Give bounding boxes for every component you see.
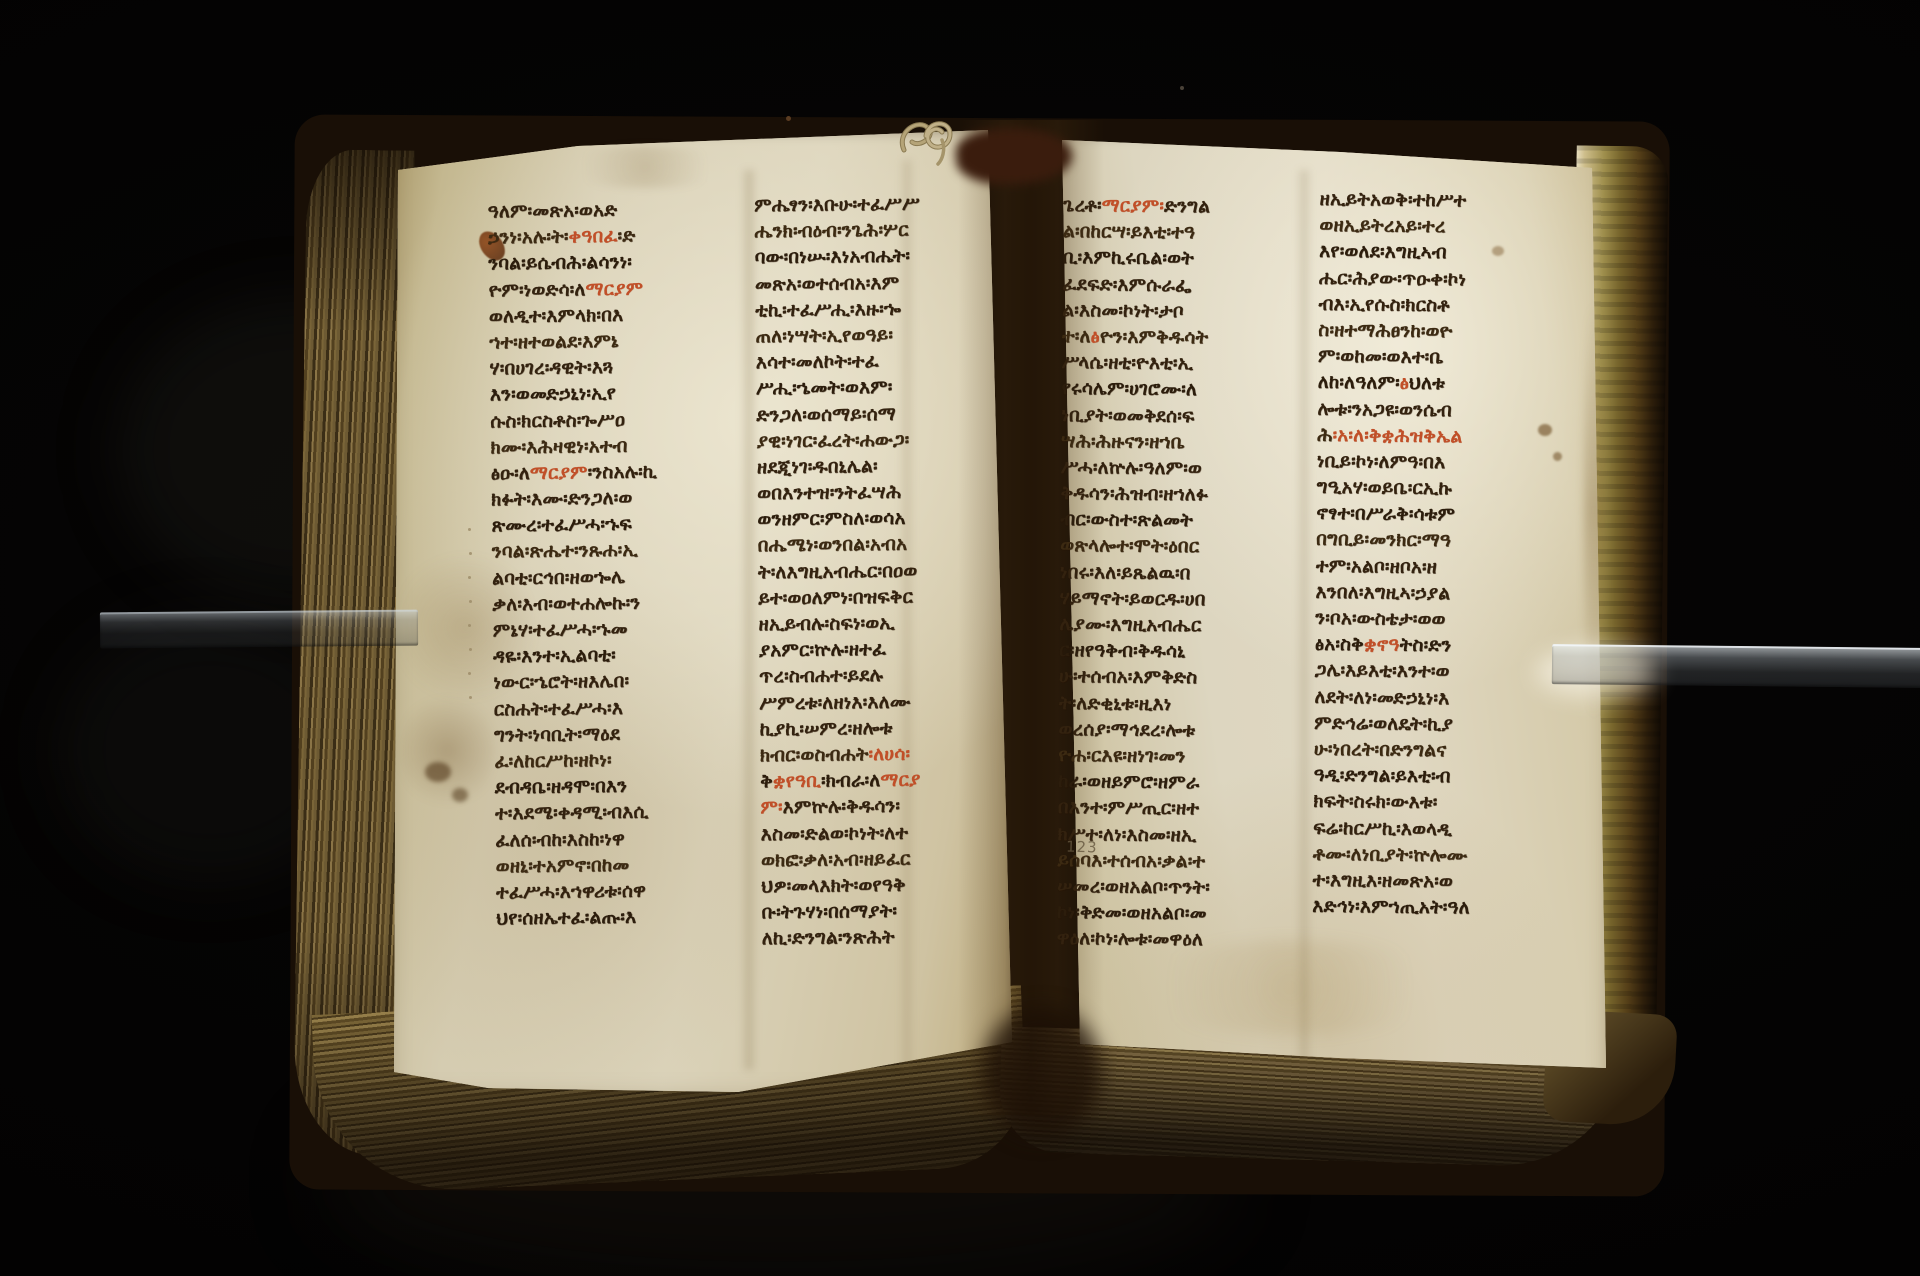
gutter-tailband-shadow [982, 1008, 1102, 1138]
ink-text: እስመ፡ድልወ፡ኮነት፡ለተ [761, 822, 909, 845]
photograph-background: ዓለም፡መጽአ፡ወአድኃንነ፡አሉ፡ት፡ቀዓበፈ፡ድንባል፡ይሴብሕ፡ልሳንነ፡… [0, 0, 1920, 1276]
ink-text: ኪያኪ፡ሠምረ፡ዘሎቱ [760, 718, 893, 740]
page-crease [742, 170, 756, 1070]
ink-text: ደብዳቤ፡ዘዳሞ፡በእን [495, 776, 628, 799]
text-line: ወንዘምር፡ምስለ፡ወሳአ [757, 505, 997, 534]
rubric-red-text: ማርያም [530, 462, 588, 484]
ink-text: ነበሩ፡እለ፡ይጼልዉ፡በ [1060, 562, 1191, 584]
ink-text: ኃንነ፡አሉ፡ት፡ [488, 227, 569, 249]
text-line: ብእ፡ኢየሱስ፡ክርስቶ [1318, 292, 1548, 321]
ink-text: እድኅነ፡እምኀጢአት፡ዓለ [1312, 896, 1470, 919]
text-line: ነበሩ፡እለ፡ይጼልዉ፡በ [1060, 560, 1290, 588]
ink-text: እን፡ወመድኃኒነ፡ኢየ [490, 383, 616, 406]
ink-text: መጽአ፡ወተሰብአ፡እም [755, 272, 900, 295]
ink-text: ዓለም፡መጽአ፡ወአድ [488, 200, 618, 223]
text-line: ኀተ፡ዘተወልደ፡እምኔ [489, 328, 721, 357]
text-line: ወክፎ፡ቃለ፡አብ፡ዘይፈር [761, 845, 1001, 874]
text-line: ነቢያት፡ወመቅደሰ፡ፍ [1061, 403, 1291, 431]
text-line: እየ፡ወለደ፡እግዚኣብ [1319, 239, 1549, 268]
text-line: ንባል፡ይሴብሕ፡ልሳንነ፡ [488, 249, 720, 278]
text-line: ኃንነ፡አሉ፡ት፡ቀዓበፈ፡ድ [488, 223, 720, 252]
ink-text: በሔሜነ፡ወንበል፡አብአ [758, 534, 908, 557]
text-line: በሔሜነ፡ወንበል፡አብአ [758, 531, 998, 560]
prick-mark [469, 696, 472, 699]
ink-text: ወክፎ፡ቃለ፡አብ፡ዘይፈር [761, 848, 911, 871]
text-line: ብር፡ውስተ፡ጽልመት [1060, 507, 1290, 535]
text-line: ተፈሥሓ፡እኀዋሪቱ፡ሰዋ [496, 877, 728, 906]
text-line: ት፡ለድቂኒቱ፡ዚእነ [1059, 691, 1289, 719]
text-line: ቶሙ፡ለነቢያት፡ኵሎሙ [1313, 841, 1543, 870]
text-line: ዋዕለ፡ኮነ፡ሎቱ፡መዋዕለ [1057, 926, 1287, 954]
ink-text: ም፡ወከመ፡ወእተ፡ቤ [1318, 346, 1444, 368]
text-line: ዳዬ፡እንተ፡ኢልባቲ፡ [493, 642, 725, 671]
text-line: ድንጋለ፡ወሰማይ፡ሰማ [756, 400, 996, 429]
ink-text: ቅዱሳን፡ሕዝብ፡ዘኀለፉ [1061, 483, 1209, 505]
text-column-1: ዓለም፡መጽአ፡ወአድኃንነ፡አሉ፡ት፡ቀዓበፈ፡ድንባል፡ይሴብሕ፡ልሳንነ፡… [488, 197, 729, 933]
rubric-red-text: ፅ [1091, 326, 1100, 347]
ink-text: ል፡በከርሣ፡ይእቲ፡ተዓ [1063, 221, 1195, 243]
rubric-red-text: ማርያም [585, 278, 643, 300]
ink-text: ድንግል [1164, 196, 1210, 217]
plexiglass-cradle-arm-left [100, 610, 418, 649]
text-line: ግንት፡ነባቢት፡ማዕደ [494, 720, 726, 749]
text-line: ጥረ፡ስብሐተ፡ይደሉ [759, 662, 999, 691]
text-line: ት፡ለእግዚአብሔር፡በዐወ [758, 557, 998, 586]
text-line: ዓለም፡መጽአ፡ወአድ [488, 197, 720, 226]
ink-text: ኀተ፡ዘተወልደ፡እምኔ [489, 331, 619, 354]
folio-number-pencil: 123 [1066, 837, 1098, 856]
ink-text: ል፡እስመ፡ኮነት፡ታቦ [1062, 300, 1184, 322]
ink-text: ወበእንተዝ፡ንትፈሣሕ [757, 482, 901, 505]
ink-text: ቢ፡እምኪሩቤል፡ወት [1063, 247, 1194, 269]
text-line: ቢ፡እምኪሩቤል፡ወት [1063, 245, 1293, 273]
text-line: ጽሙረ፡ተፈሥሓ፡ኁፍ [491, 511, 723, 540]
rubric-red-text: ፡አ፡ለ፡ቅ [1333, 425, 1382, 447]
text-line: ለደት፡ለነ፡መድኃኒነ፡እ [1314, 684, 1544, 713]
ink-text: ፅዑ፡ለ [491, 463, 530, 484]
text-line: ዮሐ፡ርእዩ፡ዘነገ፡መን [1058, 743, 1288, 771]
ink-text: ወዘኢይትረአይ፡ተረ [1319, 215, 1445, 237]
text-line: ኮነ፡ቅድመ፡ወዘአልቦ፡መ [1057, 900, 1287, 928]
text-line: ፍሬ፡ከርሥኪ፡እወላዲ [1313, 815, 1543, 844]
text-line: ሁ፡ተሰብአ፡እምቅድስ [1059, 664, 1289, 692]
text-line: ጌረቶ፡ማርያም፡ድንግል [1063, 193, 1293, 221]
prick-mark [468, 624, 471, 627]
ink-text: ፡ክብራ፡ለ [821, 770, 881, 792]
ink-text: ክፉት፡እሙ፡ድንጋለ፡ወ [491, 488, 633, 511]
ink-text: ድንጋለ፡ወሰማይ፡ሰማ [756, 403, 896, 425]
text-line: ር፡ዘየዓቅብ፡ቅዱሳኒ [1059, 638, 1289, 666]
ink-text: ያአምር፡ኵሉ፡ዘተፈ [759, 639, 887, 661]
ink-text: ፈ፡ለከርሥከ፡ዘኮነ፡ [494, 750, 612, 772]
ink-text: ተ፡ለ [1062, 326, 1091, 347]
ink-text: ብር፡ውስተ፡ጽልመት [1060, 509, 1193, 531]
ink-text: ባው፡በነሡ፡እነአብሔት፡ [755, 246, 911, 269]
text-line: ደብዳቤ፡ዘዳሞ፡በእን [495, 773, 727, 802]
ink-text: ህየ፡ሰዘኤተፈ፡ልጡ፡እ [496, 907, 636, 930]
ink-text: እየ፡ወለደ፡እግዚኣብ [1319, 241, 1447, 263]
text-line: ዘደጂነገ፡ዱበኒሌል፡ [757, 453, 997, 482]
text-line: እንበለ፡እግዚኣ፡ኃያል [1315, 580, 1545, 609]
ink-text: ፈደፍድ፡እምሱራፌ [1062, 274, 1191, 296]
ink-text: ለደት፡ለነ፡መድኃኒነ፡እ [1314, 686, 1449, 708]
text-line: ሠመረ፡ወዘአልቦ፡ጥንት፡ [1057, 874, 1287, 902]
text-line: ተ፡እግዚእ፡ዘመጽአ፡ወ [1312, 868, 1542, 897]
ink-text: ግዒአሃ፡ወይቤ፡ርኢኩ [1317, 477, 1453, 499]
stain [452, 788, 468, 802]
rubric-red-text: ም፡ [760, 797, 782, 818]
ink-text: ክብር፡ወስብሐት [760, 744, 869, 766]
text-line: ስ፡ዘተማሕፀንከ፡ወዮ [1318, 318, 1548, 347]
plexiglass-cradle-arm-right [1552, 644, 1920, 688]
text-line: በእንተ፡ምሥጢር፡ዘተ [1058, 795, 1288, 823]
ink-text: ሔንክ፡ብዕብ፡ንጌሕ፡ሦር [754, 220, 909, 243]
ink-text: ትስ፡ድን [1400, 635, 1452, 657]
text-line: ሃይማኖት፡ይወርዱ፡ሀበ [1060, 586, 1290, 614]
ink-text: ህዎ፡መላእክት፡ወየዓቅ [761, 875, 906, 898]
ink-text: ይተ፡ወዐለምነ፡በዝፍቅር [758, 586, 913, 609]
ink-text: ቅ [760, 771, 773, 792]
binding-thread-icon [890, 106, 962, 168]
rubric-red-text: ቋኖዓ [1364, 634, 1400, 655]
text-line: ያዊ፡ነገር፡ፈረት፡ሐውጋ፡ [756, 426, 996, 455]
ink-text: ሃ፡በሀገረ፡ዳዊት፡እጓ [489, 357, 613, 380]
ink-text: ፅአ፡ስቅ [1315, 634, 1364, 656]
text-line: ነውር፡ኄሮት፡ዘእሌበ፡ [493, 668, 725, 697]
ink-text: ርስሐት፡ተፈሥሓ፡እ [494, 697, 624, 720]
stain [425, 762, 451, 782]
text-line: ልባቲ፡ርኅበ፡ዘወኈሌ [492, 563, 724, 592]
text-line: ኪያኪ፡ሠምረ፡ዘሎቱ [760, 714, 1000, 743]
ink-text: ሥሓ፡ለኵሉ፡ዓለም፡ወ [1061, 457, 1202, 479]
rubric-red-text: ማርያ [880, 770, 920, 791]
ink-text: ዘደጂነገ፡ዱበኒሌል፡ [757, 456, 878, 478]
ink-text: ፡ድ [617, 226, 635, 247]
ink-text: ስ፡ዘተማሕፀንከ፡ወዮ [1318, 320, 1452, 342]
text-line: ግዒአሃ፡ወይቤ፡ርኢኩ [1317, 475, 1547, 504]
ink-text: ተ፡እደሜ፡ቀዳሚ፡ብእሲ [495, 802, 649, 825]
ink-text: ምኔሃ፡ተፈሥሓ፡ኁመ [493, 619, 628, 642]
text-line: ምድኅሬ፡ወለዴት፡ኪያ [1314, 711, 1544, 740]
text-line: ክብር፡ወስብሐት፡ለሀሳ፡ [760, 741, 1000, 770]
ink-text: የሩሳሌም፡ሀገሮሙ፡ለ [1062, 378, 1198, 400]
text-line: ተ፡እደሜ፡ቀዳሚ፡ብእሲ [495, 799, 727, 828]
ink-text: ሎቱ፡ንአጋዩ፡ወንሴብ [1317, 398, 1452, 420]
prick-mark [469, 648, 472, 651]
text-line: ክፍት፡ስሩክ፡ውእቱ፡ [1313, 789, 1543, 818]
page-crease [1297, 170, 1311, 1070]
text-line: ሥምረቱ፡ለዘነእ፡እለሙ [759, 688, 999, 717]
text-line: ሔር፡ሕያው፡ጥዑቀ፡ኮነ [1319, 265, 1549, 294]
ink-text: ሁ፡ተሰብአ፡እምቅድስ [1059, 666, 1197, 688]
text-line: ሥላሴ፡ዘቲ፡ዮእቲ፡ኢ [1062, 350, 1292, 378]
text-line: ወለዲተ፡እምላክ፡በእ [489, 301, 721, 330]
text-line: ርስሐት፡ተፈሥሓ፡እ [494, 694, 726, 723]
ink-text: ቃለ፡እብ፡ወተሐሎኩ፡ን [492, 592, 640, 615]
ink-text: ለኪ፡ድንግል፡ንጽሕት [762, 927, 895, 949]
text-line: ን፡ቦአ፡ውስቴታ፡ወወ [1315, 606, 1545, 635]
ink-text: ክፍት፡ስሩክ፡ውእቱ፡ [1313, 791, 1437, 813]
ink-text: ከራ፡ወዘይምሮ፡ዘምራ [1058, 771, 1199, 793]
text-line: እን፡ወመድኃኒነ፡ኢየ [490, 380, 722, 409]
text-line: ሱስ፡ክርስቶስ፡ጐሥዐ [490, 406, 722, 435]
ink-text: ነቢይ፡ኮነ፡ለምዓ፡በእ [1317, 451, 1446, 473]
text-line: ምኔሃ፡ተፈሥሓ፡ኁመ [493, 616, 725, 645]
ink-text: ፡ንስአሉ፡ኪ [588, 461, 658, 483]
rubric-red-text: ፡ለሀሳ፡ [868, 744, 910, 765]
stain [1130, 940, 1450, 1035]
text-line: እሳተ፡መለኮት፡ተፈ [756, 348, 996, 377]
ink-text: ሠመረ፡ወዘአልቦ፡ጥንት፡ [1057, 876, 1210, 898]
text-line: ሕ፡አ፡ለ፡ቅቋሕዝቅኤል [1317, 422, 1547, 451]
ink-text: ጽሙረ፡ተፈሥሓ፡ኁፍ [491, 514, 632, 537]
text-line: ም፡እምኵሉ፡ቅዱሳን፡ [760, 793, 1000, 822]
ink-text: ልባቲ፡ርኅበ፡ዘወኈሌ [492, 566, 625, 589]
text-line: ነቢይ፡ኮነ፡ለምዓ፡በእ [1317, 449, 1547, 478]
ink-text: ዳዬ፡እንተ፡ኢልባቲ፡ [493, 645, 616, 667]
text-line: መጽአ፡ወተሰብአ፡እም [755, 269, 995, 298]
ink-text: ነውር፡ኄሮት፡ዘእሌበ፡ [493, 671, 629, 694]
ink-text: ወዘኒ፡ተአምኖ፡በከመ [496, 854, 630, 877]
ink-text: እንበለ፡እግዚኣ፡ኃያል [1315, 582, 1450, 604]
text-line: ዘኢይትአወቅ፡ተከሥተ [1320, 187, 1550, 216]
ink-text: ሣሕ፡ሕዙናን፡ዘኀቤ [1061, 431, 1185, 453]
text-line: ሁ፡ነበረት፡በድንግልና [1314, 737, 1544, 766]
text-line: ሥሒ፡ኄመት፡ወእም፡ [756, 374, 996, 403]
text-line: ወዘኢይትረአይ፡ተረ [1319, 213, 1549, 242]
text-line: ያአምር፡ኵሉ፡ዘተፈ [759, 636, 999, 665]
text-line: እስመ፡ድልወ፡ኮነት፡ለተ [761, 819, 1001, 848]
text-line: ም፡ወከመ፡ወእተ፡ቤ [1318, 344, 1548, 373]
text-line: ወበእንተዝ፡ንትፈሣሕ [757, 479, 997, 508]
ink-text: ዘኢይትአወቅ፡ተከሥተ [1320, 189, 1467, 212]
ink-text: ሕ [1317, 424, 1333, 445]
ink-text: ወጽላሎተ፡ሞት፡ዕበር [1060, 535, 1199, 557]
rubric-red-text: ማርያም፡ [1102, 195, 1165, 217]
ink-text: ተም፡አልቦ፡ዘቦአ፡ዘ [1316, 555, 1437, 577]
text-line: የሩሳሌም፡ሀገሮሙ፡ለ [1061, 376, 1291, 404]
text-line: ቡ፡ትጉሃነ፡በሰማያት፡ [761, 898, 1001, 927]
ink-text: ወለዲተ፡እምላክ፡በእ [489, 305, 624, 328]
text-line: ሥሓ፡ለኵሉ፡ዓለም፡ወ [1061, 455, 1291, 483]
text-line: ሎቱ፡ንአጋዩ፡ወንሴብ [1317, 396, 1547, 425]
text-line: ጋሌ፡እይእቲ፡እንተ፡ወ [1315, 658, 1545, 687]
text-line: ቲኪ፡ተፈሥሒ፡እዙ፡ኈ [755, 296, 995, 325]
ink-text: ፍሬ፡ከርሥኪ፡እወላዲ [1313, 817, 1452, 839]
ink-text: ነቢያት፡ወመቅደሰ፡ፍ [1061, 405, 1194, 427]
ink-text: ት፡ለእግዚአብሔር፡በዐወ [758, 560, 918, 583]
text-line: ህዎ፡መላእክት፡ወየዓቅ [761, 872, 1001, 901]
ink-text: ኮነ፡ቅድመ፡ወዘአልቦ፡መ [1057, 902, 1207, 924]
text-line: ፈደፍድ፡እምሱራፌ [1062, 272, 1292, 300]
ink-text: እምኵሉ፡ቅዱሳን፡ [783, 796, 901, 818]
ink-text: ክሙ፡እሕዛዊነ፡አተብ [490, 435, 627, 458]
text-line: ዓዲ፡ድንግል፡ይእቲ፡ብ [1314, 763, 1544, 792]
text-line: ፈለሰ፡ብከ፡እስከ፡ነዋ [495, 825, 727, 854]
prick-mark [468, 528, 471, 531]
text-line: ል፡በከርሣ፡ይእቲ፡ተዓ [1063, 219, 1293, 247]
ink-text: ት፡ለድቂኒቱ፡ዚእነ [1059, 693, 1172, 715]
prick-mark [468, 576, 471, 579]
text-line: ክሙ፡እሕዛዊነ፡አተብ [490, 432, 722, 461]
ink-text: ሥላሴ፡ዘቲ፡ዮእቲ፡ኢ [1062, 352, 1194, 374]
ink-text: ንባል፡ጽሔተ፡ንጹሐ፡ኢ [492, 540, 638, 563]
ink-text: ብእ፡ኢየሱስ፡ክርስቶ [1319, 294, 1450, 316]
ink-text: ያዊ፡ነገር፡ፈረት፡ሐውጋ፡ [757, 429, 910, 452]
text-line: ቃለ፡እብ፡ወተሐሎኩ፡ን [492, 589, 724, 618]
ink-text: በእንተ፡ምሥጢር፡ዘተ [1058, 797, 1199, 819]
rubric-red-text: ቋየዓቢ [773, 771, 821, 793]
stain [400, 688, 495, 813]
ink-text: ኖፃተ፡በሥራቅ፡ሳቱም [1316, 503, 1455, 525]
prick-mark [469, 600, 472, 603]
text-line: ፅዑ፡ለማርያም፡ንስአሉ፡ኪ [491, 458, 723, 487]
text-line: ምሔፃን፡እቡሁ፡ተፈሥሥ [754, 191, 994, 220]
text-line: ቅቋየዓቢ፡ክብራ፡ለማርያ [760, 767, 1000, 796]
ink-text: ተ፡እግዚእ፡ዘመጽአ፡ወ [1312, 870, 1453, 892]
dust-speck [786, 116, 791, 121]
ink-text: ጋሌ፡እይእቲ፡እንተ፡ወ [1315, 660, 1450, 682]
text-line: ፈ፡ለከርሥከ፡ዘኮነ፡ [494, 747, 726, 776]
text-column-2: ምሔፃን፡እቡሁ፡ተፈሥሥሔንክ፡ብዕብ፡ንጌሕ፡ሦርባው፡በነሡ፡እነአብሔት… [754, 191, 1002, 953]
text-line: ህየ፡ሰዘኤተፈ፡ልጡ፡እ [496, 904, 728, 933]
ink-text: ወንዘምር፡ምስለ፡ወሳአ [757, 508, 905, 531]
ink-text: ዓዲ፡ድንግል፡ይእቲ፡ብ [1314, 765, 1451, 787]
text-line: ተ፡ለፅዮን፡እምቅዱሳት [1062, 324, 1292, 352]
text-line: ከራ፡ወዘይምሮ፡ዘምራ [1058, 769, 1288, 797]
ink-text: ሥምረቱ፡ለዘነእ፡እለሙ [759, 691, 910, 714]
ink-text: ዮን፡እምቅዱሳት [1100, 326, 1209, 348]
ink-text: ሔር፡ሕያው፡ጥዑቀ፡ኮነ [1319, 267, 1466, 290]
ink-text: በግቢይ፡መንክር፡ማዓ [1316, 529, 1451, 551]
text-line: ዮም፡ነወድሳ፡ለማርያም [488, 275, 720, 304]
prick-mark [469, 552, 472, 555]
text-line: ባው፡በነሡ፡እነአብሔት፡ [755, 243, 995, 272]
ink-text: ዮም፡ነወድሳ፡ለ [489, 279, 586, 301]
text-line: ንባል፡ጽሔተ፡ንጹሐ፡ኢ [492, 537, 724, 566]
text-column-4: ዘኢይትአወቅ፡ተከሥተወዘኢይትረአይ፡ተረእየ፡ወለደ፡እግዚኣብሔር፡ሕያ… [1312, 187, 1550, 923]
text-line: ወጽላሎተ፡ሞት፡ዕበር [1060, 533, 1290, 561]
ink-text: ጠለ፡ነሣት፡ኢየወዓይ፡ [755, 325, 893, 347]
ink-text: ዋዕለ፡ኮነ፡ሎቱ፡መዋዕለ [1057, 928, 1203, 950]
text-line: ተም፡አልቦ፡ዘቦአ፡ዘ [1316, 553, 1546, 582]
text-line: ሌያሙ፡እግዚአብሔር [1059, 612, 1289, 640]
ink-text: ጌረቶ፡ [1063, 195, 1102, 216]
text-line: ሣሕ፡ሕዙናን፡ዘኀቤ [1061, 429, 1291, 457]
text-line: ለከ፡ለዓለም፡ፅህለቱ [1318, 370, 1548, 399]
text-line: ቅዱሳን፡ሕዝብ፡ዘኀለፉ [1061, 481, 1291, 509]
text-line: ሃ፡በሀገረ፡ዳዊት፡እጓ [489, 354, 721, 383]
rubric-red-text: ቋሕዝቅኤል [1382, 425, 1463, 447]
ink-text: ዘኢይብሉ፡ስፍነ፡ወኢ [758, 613, 895, 635]
ink-text: ተፈሥሓ፡እኀዋሪቱ፡ሰዋ [496, 880, 646, 903]
text-line: ጠለ፡ነሣት፡ኢየወዓይ፡ [755, 322, 995, 351]
ink-text: ን፡ቦአ፡ውስቴታ፡ወወ [1315, 608, 1446, 630]
text-line: እድኅነ፡እምኀጢአት፡ዓለ [1312, 894, 1542, 923]
text-line: ዘኢይብሉ፡ስፍነ፡ወኢ [758, 610, 998, 639]
ink-text: ር፡ዘየዓቅብ፡ቅዱሳኒ [1059, 640, 1185, 662]
text-line: ፅአ፡ስቅቋኖዓትስ፡ድን [1315, 632, 1545, 661]
ink-text: ሃይማኖት፡ይወርዱ፡ሀበ [1060, 588, 1206, 610]
text-line: ክፉት፡እሙ፡ድንጋለ፡ወ [491, 485, 723, 514]
ink-text: ዮሐ፡ርእዩ፡ዘነገ፡መን [1058, 745, 1185, 767]
dust-speck [1180, 86, 1184, 90]
text-line: ወረሰያ፡ማኅደረ፡ሎቱ [1059, 717, 1289, 745]
ink-text: ሱስ፡ክርስቶስ፡ጐሥዐ [490, 409, 625, 432]
ink-text: እሳተ፡መለኮት፡ተፈ [756, 351, 879, 373]
text-line: ለኪ፡ድንግል፡ንጽሕት [762, 924, 1002, 953]
prick-mark [468, 672, 471, 675]
ink-text: ምድኅሬ፡ወለዴት፡ኪያ [1314, 713, 1453, 735]
ink-text: ምሔፃን፡እቡሁ፡ተፈሥሥ [754, 194, 920, 217]
text-line: ወዘኒ፡ተአምኖ፡በከመ [496, 851, 728, 880]
rubric-red-text: ቀዓበፈ [568, 226, 617, 248]
ink-text: ሥሒ፡ኄመት፡ወእም፡ [756, 377, 893, 399]
ink-text: ህለቱ [1409, 373, 1445, 394]
ink-text: ቶሙ፡ለነቢያት፡ኵሎሙ [1313, 843, 1468, 866]
stain [560, 146, 730, 188]
text-line: ል፡እስመ፡ኮነት፡ታቦ [1062, 298, 1292, 326]
ink-text: ወረሰያ፡ማኅደረ፡ሎቱ [1059, 719, 1196, 741]
ink-text: ግንት፡ነባቢት፡ማዕደ [494, 724, 620, 747]
ink-text: ሌያሙ፡እግዚአብሔር [1059, 614, 1201, 636]
ink-text: ጥረ፡ስብሐተ፡ይደሉ [759, 665, 883, 687]
ink-text: ሁ፡ነበረት፡በድንግልና [1314, 739, 1447, 761]
text-line: ኖፃተ፡በሥራቅ፡ሳቱም [1316, 501, 1546, 530]
ink-text: ፈለሰ፡ብከ፡እስከ፡ነዋ [495, 828, 625, 851]
ink-text: ቲኪ፡ተፈሥሒ፡እዙ፡ኈ [755, 298, 901, 321]
text-line: ሔንክ፡ብዕብ፡ንጌሕ፡ሦር [754, 217, 994, 246]
ink-text: ቡ፡ትጉሃነ፡በሰማያት፡ [761, 901, 897, 923]
ink-text: ለከ፡ለዓለም፡ [1318, 372, 1400, 394]
stain [1553, 452, 1562, 461]
text-line: በግቢይ፡መንክር፡ማዓ [1316, 527, 1546, 556]
ink-text: ንባል፡ይሴብሕ፡ልሳንነ፡ [488, 252, 632, 275]
text-line: ይተ፡ወዐለምነ፡በዝፍቅር [758, 584, 998, 613]
